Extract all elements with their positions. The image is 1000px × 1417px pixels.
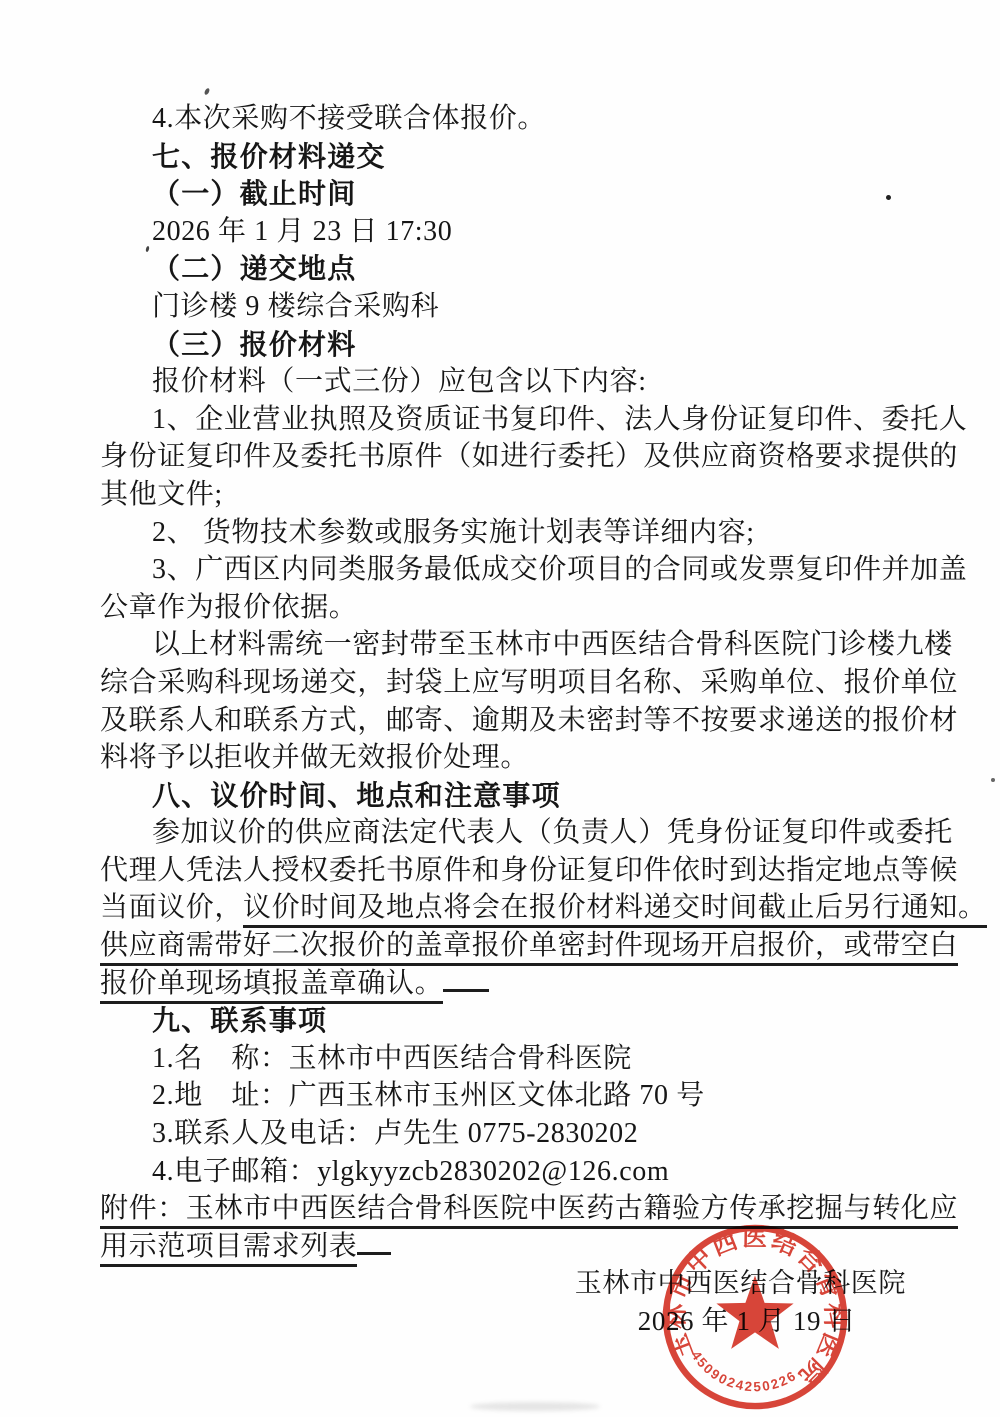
- section8-heading: 八、议价时间、地点和注意事项: [100, 777, 906, 815]
- scan-speck: [886, 195, 891, 200]
- section8-line3-underlined: 议价时间及地点将会在报价材料递交时间截止后另行通知。: [243, 892, 987, 928]
- underline-extension: [357, 1228, 391, 1255]
- official-seal: 玉林市中西医结合骨科医院 4509024250226: [658, 1221, 852, 1415]
- section7-sub1-heading: （一）截止时间: [100, 175, 906, 213]
- scanned-document-page: 4.本次采购不接受联合体报价。 七、报价材料递交 （一）截止时间 2026 年 …: [0, 0, 1000, 1417]
- item1-line1: 1、企业营业执照及资质证书复印件、法人身份证复印件、委托人: [100, 401, 906, 439]
- item1-line2: 身份证复印件及委托书原件（如进行委托）及供应商资格要求提供的: [100, 438, 906, 476]
- scan-smudge: [470, 1402, 600, 1411]
- item3-line1: 3、广西区内同类服务最低成交价项目的合同或发票复印件并加盖: [100, 551, 906, 589]
- item2-line: 2、 货物技术参数或服务实施计划表等详细内容;: [100, 514, 906, 552]
- section8-line5-underlined: 报价单现场填报盖章确认。: [100, 968, 443, 1004]
- item3-line2: 公章作为报价依据。: [100, 589, 906, 627]
- contact-name-line: 1.名 称：玉林市中西医结合骨科医院: [100, 1040, 906, 1078]
- underline-extension: [443, 965, 489, 992]
- contact-phone-line: 3.联系人及电话：卢先生 0775-2830202: [100, 1115, 906, 1153]
- section7-sub3-heading: （三）报价材料: [100, 326, 906, 364]
- document-body: 4.本次采购不接受联合体报价。 七、报价材料递交 （一）截止时间 2026 年 …: [100, 100, 906, 1341]
- section8-line4-underlined: 供应商需带好二次报价的盖章报价单密封件现场开启报价，或带空白: [100, 930, 958, 966]
- section8-line4: 供应商需带好二次报价的盖章报价单密封件现场开启报价，或带空白: [100, 927, 906, 965]
- contact-email-line: 4.电子邮箱：ylgkyyzcb2830202@126.com: [100, 1153, 906, 1191]
- location-line: 门诊楼 9 楼综合采购科: [100, 288, 906, 326]
- item4-line: 4.本次采购不接受联合体报价。: [100, 100, 906, 138]
- delivery-line3: 及联系人和联系方式，邮寄、逾期及未密封等不按要求递送的报价材: [100, 702, 906, 740]
- scan-speck: [204, 87, 211, 95]
- star-icon: [716, 1275, 793, 1348]
- section7-heading: 七、报价材料递交: [100, 138, 906, 176]
- delivery-line2: 综合采购科现场递交，封袋上应写明项目名称、采购单位、报价单位: [100, 664, 906, 702]
- section8-line1: 参加议价的供应商法定代表人（负责人）凭身份证复印件或委托: [100, 814, 906, 852]
- deadline-line: 2026 年 1 月 23 日 17:30: [100, 213, 906, 251]
- section8-line3: 当面议价，议价时间及地点将会在报价材料递交时间截止后另行通知。: [100, 889, 906, 927]
- delivery-line1: 以上材料需统一密封带至玉林市中西医结合骨科医院门诊楼九楼: [100, 626, 906, 664]
- section8-line2: 代理人凭法人授权委托书原件和身份证复印件依时到达指定地点等候: [100, 852, 906, 890]
- section7-sub2-heading: （二）递交地点: [100, 250, 906, 288]
- seal-serial-number: 4509024250226: [683, 1346, 802, 1404]
- svg-text:4509024250226: 4509024250226: [683, 1346, 802, 1404]
- scan-speck: [933, 905, 937, 909]
- delivery-line4: 料将予以拒收并做无效报价处理。: [100, 739, 906, 777]
- materials-intro-line: 报价材料（一式三份）应包含以下内容:: [100, 363, 906, 401]
- section9-heading: 九、联系事项: [100, 1002, 906, 1040]
- scan-speck: [991, 778, 995, 782]
- item1-line3: 其他文件;: [100, 476, 906, 514]
- section8-line5: 报价单现场填报盖章确认。: [100, 965, 906, 1003]
- section8-line3-plain: 当面议价，: [100, 892, 243, 923]
- attachment-line2-text: 用示范项目需求列表: [100, 1231, 357, 1267]
- contact-address-line: 2.地 址：广西玉林市玉州区文体北路 70 号: [100, 1077, 906, 1115]
